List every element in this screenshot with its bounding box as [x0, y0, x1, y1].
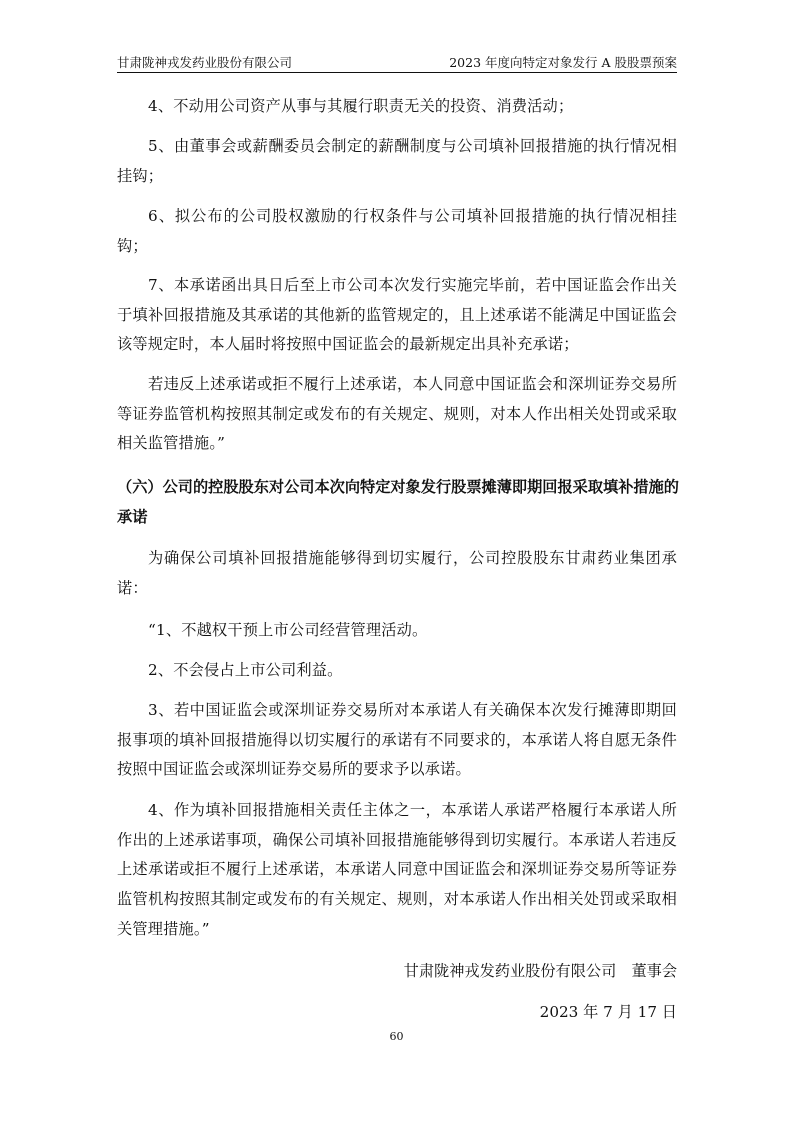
paragraph-shareholder-intro: 为确保公司填补回报措施能够得到切实履行，公司控股股东甘肃药业集团承诺： [117, 544, 677, 603]
shareholder-commitment-4: 4、作为填补回报措施相关责任主体之一，本承诺人承诺严格履行本承诺人所作出的上述承… [117, 796, 677, 945]
page-number: 60 [0, 1030, 793, 1044]
shareholder-commitment-3: 3、若中国证监会或深圳证券交易所对本承诺人有关确保本次发行摊薄即期回报事项的填补… [117, 696, 677, 785]
section-heading-6: （六）公司的控股股东对公司本次向特定对象发行股票摊薄即期回报采取填补措施的承诺 [117, 472, 687, 532]
header-divider [117, 72, 677, 73]
signature-organization: 甘肃陇神戎发药业股份有限公司 董事会 [404, 961, 677, 981]
paragraph-commitment-4: 4、不动用公司资产从事与其履行职责无关的投资、消费活动； [117, 92, 677, 122]
shareholder-commitment-2: 2、不会侵占上市公司利益。 [117, 656, 677, 686]
paragraph-commitment-5: 5、由董事会或薪酬委员会制定的薪酬制度与公司填补回报措施的执行情况相挂钩； [117, 132, 677, 191]
paragraph-violation-clause: 若违反上述承诺或拒不履行上述承诺，本人同意中国证监会和深圳证券交易所等证券监管机… [117, 370, 677, 459]
paragraph-commitment-7: 7、本承诺函出具日后至上市公司本次发行实施完毕前，若中国证监会作出关于填补回报措… [117, 271, 677, 360]
paragraph-commitment-6: 6、拟公布的公司股权激励的行权条件与公司填补回报措施的执行情况相挂钩； [117, 202, 677, 261]
shareholder-commitment-1: “1、不越权干预上市公司经营管理活动。 [117, 616, 677, 646]
header-company-name: 甘肃陇神戎发药业股份有限公司 [117, 54, 292, 72]
signature-date: 2023 年 7 月 17 日 [540, 1002, 677, 1022]
header-document-title: 2023 年度向特定对象发行 A 股股票预案 [449, 54, 677, 72]
